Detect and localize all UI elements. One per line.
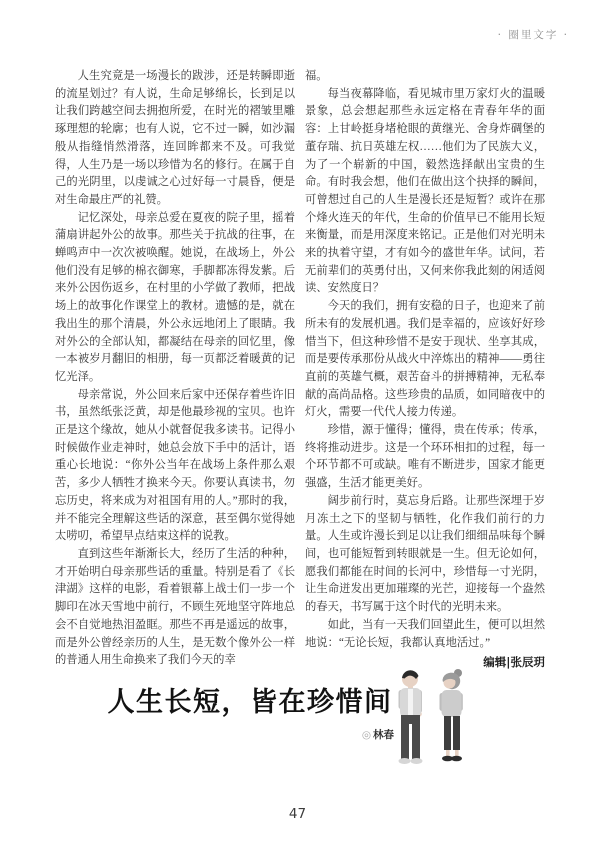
body-paragraph: 如此，当有一天我们回望此生，便可以坦然地说：“无论长短，我都认真地活过。” [305, 617, 545, 652]
body-paragraph: 人生究竟是一场漫长的跋涉，还是转瞬即逝的流星划过？有人说，生命足够绵长，长到足以… [55, 68, 295, 210]
two-people-illustration [386, 664, 478, 772]
author-ring-icon: ◎ [362, 729, 371, 741]
body-paragraph: 阔步前行时，莫忘身后路。让那些深埋于岁月冻土之下的坚韧与牺牲，化作我们前行的力量… [305, 493, 545, 617]
man-figure [399, 670, 423, 764]
body-paragraph: 母亲常说，外公回来后家中还保存着些许旧书，虽然纸张泛黄，却是他最珍视的宝贝。也许… [55, 387, 295, 546]
body-paragraph: 记忆深处，母亲总爱在夏夜的院子里，摇着蒲扇讲起外公的故事。那些关于抗战的往事，在… [55, 210, 295, 387]
right-column: 福。 每当夜幕降临，看见城市里万家灯火的温暖景象，总会想起那些永远定格在青春年华… [305, 68, 545, 672]
woman-figure [440, 669, 463, 761]
body-paragraph: 今天的我们，拥有安稳的日子，也迎来了前所未有的发展机遇。我们是幸福的，应该好好珍… [305, 298, 545, 422]
article-body: 人生究竟是一场漫长的跋涉，还是转瞬即逝的流星划过？有人说，生命足够绵长，长到足以… [55, 68, 545, 672]
body-paragraph: 每当夜幕降临，看见城市里万家灯火的温暖景象，总会想起那些永远定格在青春年华的面容… [305, 86, 545, 298]
body-paragraph-continuation: 福。 [305, 68, 545, 86]
body-paragraph: 珍惜，源于懂得；懂得，贵在传承；传承，终将推动进步。这是一个环环相扣的过程，每一… [305, 422, 545, 493]
section-header-label: · 圈里文字 · [498, 27, 569, 42]
page-number: 47 [0, 806, 595, 822]
article-title: 人生长短，皆在珍惜间 [78, 686, 422, 720]
left-column: 人生究竟是一场漫长的跋涉，还是转瞬即逝的流星划过？有人说，生命足够绵长，长到足以… [55, 68, 295, 672]
author-byline: ◎林春 [78, 727, 422, 742]
body-paragraph: 直到这些年渐渐长大，经历了生活的种种，才开始明白母亲那些话的重量。特别是看了《长… [55, 546, 295, 670]
magazine-page: · 圈里文字 · 人生究竟是一场漫长的跋涉，还是转瞬即逝的流星划过？有人说，生命… [0, 0, 595, 842]
article-title-block: 人生长短，皆在珍惜间 ◎林春 [78, 686, 422, 742]
